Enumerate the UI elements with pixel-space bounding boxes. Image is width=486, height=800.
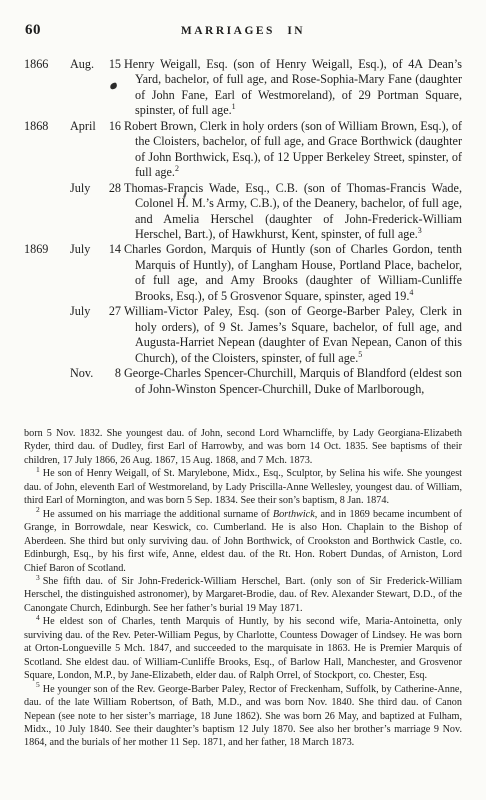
entry-day: 27 — [106, 304, 121, 366]
entry-day: 16 — [106, 119, 121, 181]
entry-text: George-Charles Spencer-Churchill, Marqui… — [124, 366, 462, 397]
footnote-1: 1He son of Henry Weigall, of St. Maryleb… — [24, 467, 462, 507]
entry-body: George-Charles Spencer-Churchill, Marqui… — [124, 366, 462, 395]
footnote-marker: 5 — [36, 680, 40, 689]
entry-month: Nov. — [70, 366, 103, 397]
entry-day: 8 — [106, 366, 121, 397]
marriage-entries: 1866 Aug. 15 Henry Weigall, Esq. (son of… — [24, 57, 462, 397]
entry-year — [24, 366, 67, 397]
entry-month: July — [70, 304, 103, 366]
entry-text: William-Victor Paley, Esq. (son of Georg… — [124, 304, 462, 366]
entry-body: William-Victor Paley, Esq. (son of Georg… — [124, 304, 462, 364]
footnote-marker: 2 — [36, 505, 40, 514]
entry-body: Thomas-Francis Wade, Esq., C.B. (son of … — [124, 181, 462, 241]
footnote-text: born 5 Nov. 1832. She youngest dau. of J… — [24, 428, 462, 466]
marriage-entry: July 27 William-Victor Paley, Esq. (son … — [24, 304, 462, 366]
entry-text: Henry Weigall, Esq. (son of Henry Weigal… — [124, 57, 462, 119]
entry-month: Aug. — [70, 57, 103, 119]
footnote-marker: 1 — [36, 465, 40, 474]
footnote-continuation: born 5 Nov. 1832. She youngest dau. of J… — [24, 427, 462, 467]
entry-year: 1866 — [24, 57, 67, 119]
footnote-marker: 3 — [36, 573, 40, 582]
footnote-2: 2He assumed on his marriage the addition… — [24, 508, 462, 575]
footnote-marker: 4 — [36, 613, 40, 622]
marriage-entry: 1866 Aug. 15 Henry Weigall, Esq. (son of… — [24, 57, 462, 119]
marriage-entry: Nov. 8 George-Charles Spencer-Churchill,… — [24, 366, 462, 397]
entry-text: Robert Brown, Clerk in holy orders (son … — [124, 119, 462, 181]
footnote-reference: 1 — [232, 102, 236, 111]
entry-body: Henry Weigall, Esq. (son of Henry Weigal… — [124, 57, 462, 117]
entry-year: 1868 — [24, 119, 67, 181]
entry-month: April — [70, 119, 103, 181]
footnote-4: 4He eldest son of Charles, tenth Marquis… — [24, 615, 462, 682]
entry-text: Charles Gordon, Marquis of Huntly (son o… — [124, 242, 462, 304]
footnote-3: 3She fifth dau. of Sir John-Frederick-Wi… — [24, 575, 462, 615]
footnote-reference: 3 — [418, 226, 422, 235]
entry-day: 28 — [106, 181, 121, 243]
entry-year — [24, 181, 67, 243]
book-page: 60 MARRIAGES IN 1866 Aug. 15 Henry Weiga… — [0, 0, 486, 800]
footnote-reference: 5 — [358, 350, 362, 359]
marriage-entry: 1868 April 16 Robert Brown, Clerk in hol… — [24, 119, 462, 181]
entry-year: 1869 — [24, 242, 67, 304]
marriage-entry: 1869 July 14 Charles Gordon, Marquis of … — [24, 242, 462, 304]
page-number: 60 — [25, 22, 41, 39]
footnote-text: He eldest son of Charles, tenth Marquis … — [24, 616, 462, 681]
entry-text: Thomas-Francis Wade, Esq., C.B. (son of … — [124, 181, 462, 243]
entry-month: July — [70, 242, 103, 304]
footnote-text: She fifth dau. of Sir John-Frederick-Wil… — [24, 576, 462, 614]
entry-year — [24, 304, 67, 366]
entry-day: 15 — [106, 57, 121, 119]
footnotes-section: born 5 Nov. 1832. She youngest dau. of J… — [24, 427, 462, 750]
entry-month: July — [70, 181, 103, 243]
footnote-text: He son of Henry Weigall, of St. Marylebo… — [24, 468, 462, 506]
page-title: MARRIAGES IN — [24, 22, 462, 37]
running-header: 60 MARRIAGES IN — [24, 22, 462, 42]
footnote-text: He assumed on his marriage the additiona… — [43, 509, 273, 520]
footnote-reference: 2 — [175, 164, 179, 173]
marriage-entry: July 28 Thomas-Francis Wade, Esq., C.B. … — [24, 181, 462, 243]
footnote-italic-surname: Borthwick — [273, 509, 315, 520]
footnote-reference: 4 — [409, 288, 413, 297]
footnote-text: He younger son of the Rev. George-Barber… — [24, 684, 462, 749]
footnote-5: 5He younger son of the Rev. George-Barbe… — [24, 683, 462, 750]
entry-day: 14 — [106, 242, 121, 304]
